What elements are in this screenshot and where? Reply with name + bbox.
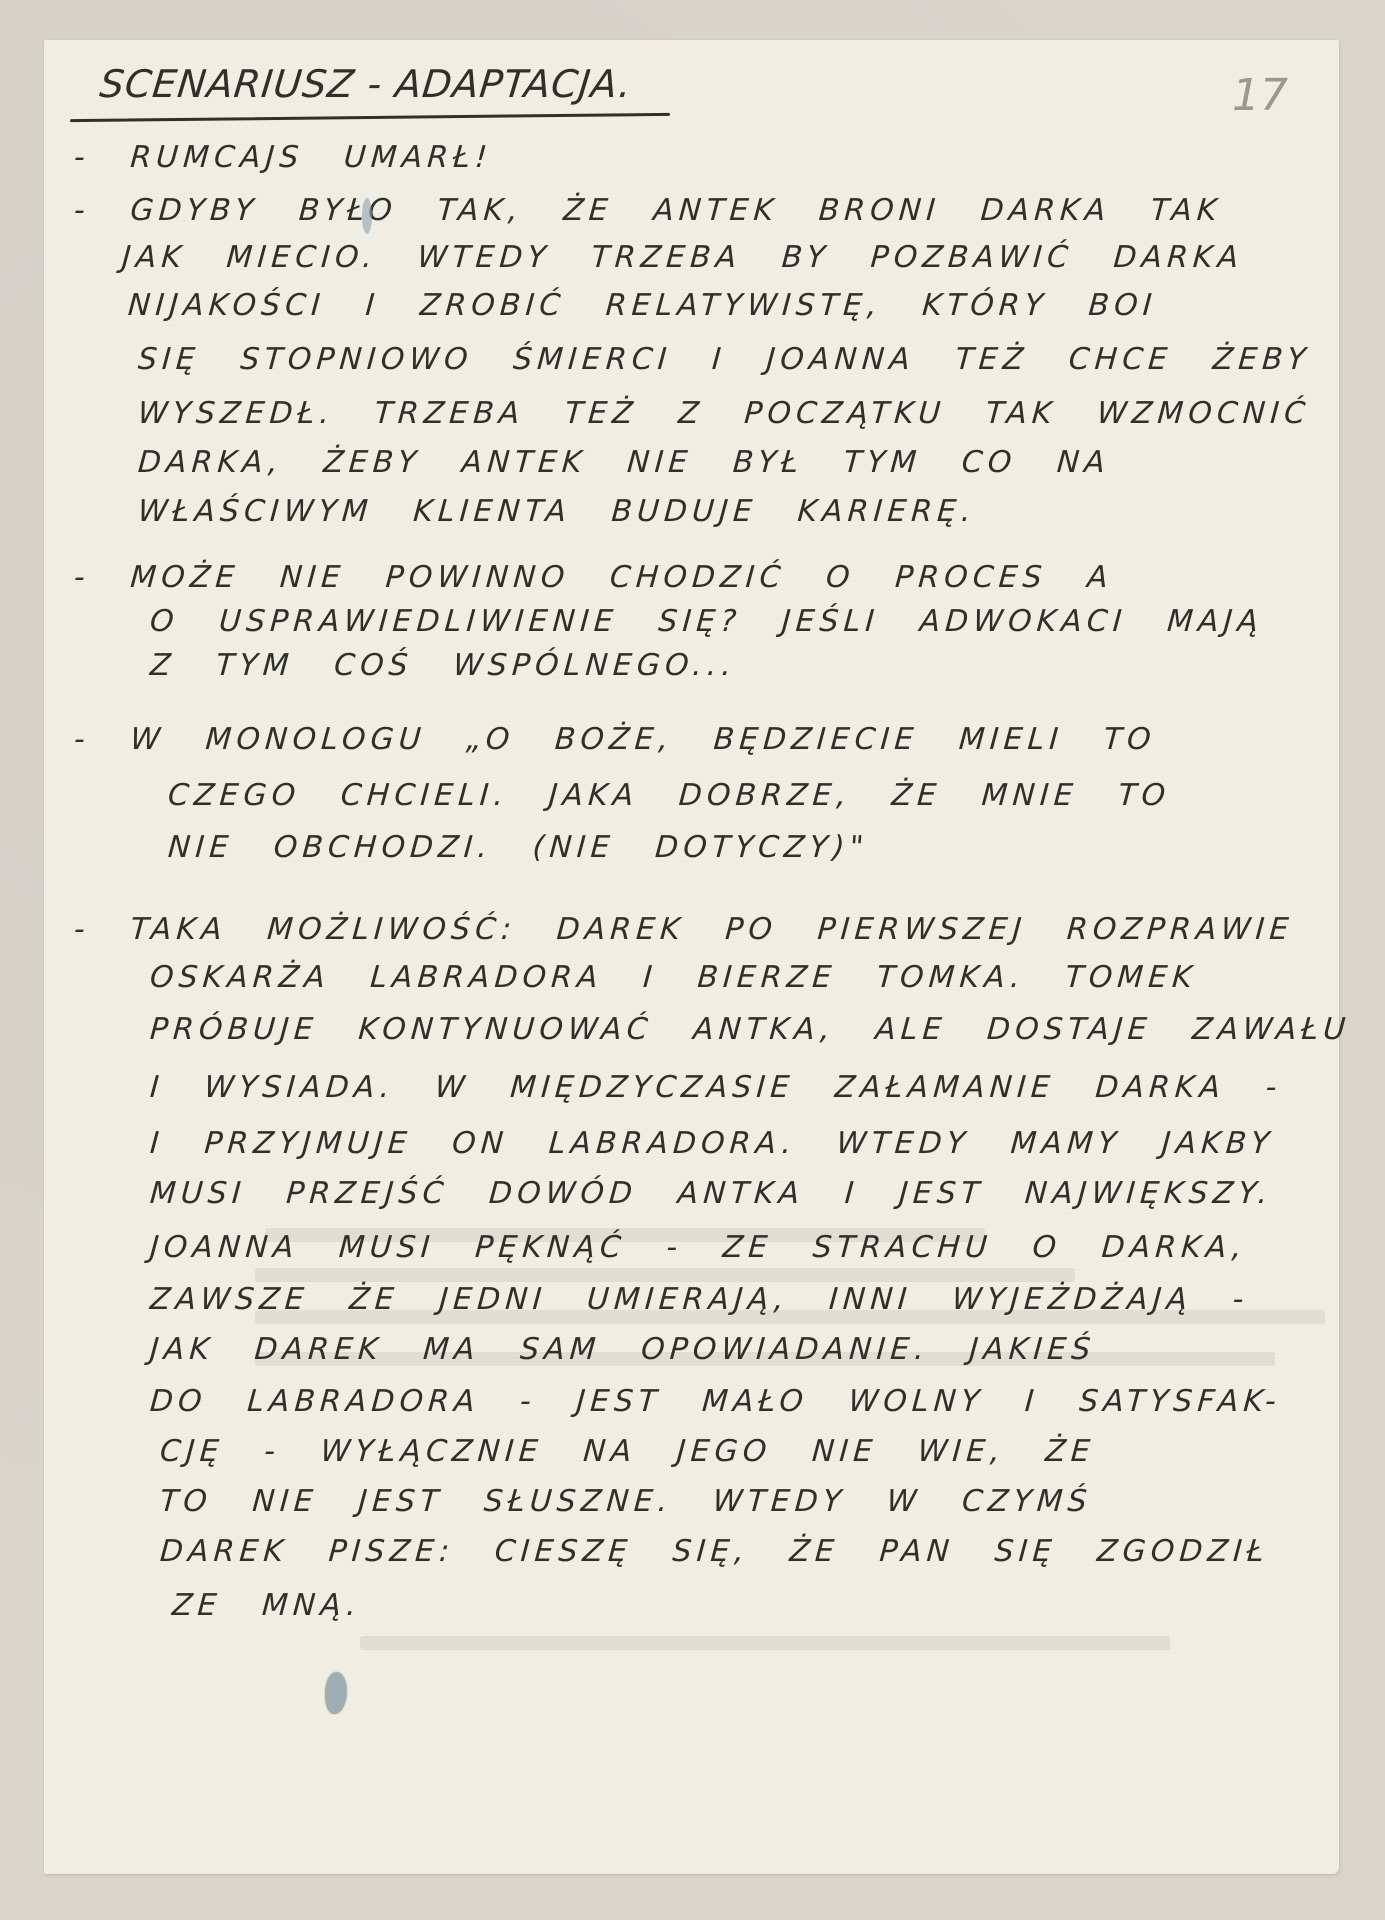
manuscript-line: TO NIE JEST SŁUSZNE. WTEDY W CZYMŚ (159, 1484, 1093, 1519)
bleed-through-line (255, 1268, 1075, 1282)
manuscript-line: Z TYM COŚ WSPÓLNEGO... (149, 648, 738, 683)
ink-stain (362, 198, 372, 234)
manuscript-line: JAK DAREK MA SAM OPOWIADANIE. JAKIEŚ (149, 1332, 1097, 1367)
manuscript-line: ZE MNĄ. (171, 1588, 362, 1623)
manuscript-line: CZEGO CHCIELI. JAKA DOBRZE, ŻE MNIE TO (167, 778, 1172, 813)
page-number: 17 (1232, 70, 1288, 121)
manuscript-line: JAK MIECIO. WTEDY TRZEBA BY POZBAWIĆ DAR… (121, 240, 1245, 275)
manuscript-line: MUSI PRZEJŚĆ DOWÓD ANTKA I JEST NAJWIĘKS… (149, 1176, 1274, 1211)
manuscript-line: I PRZYJMUJE ON LABRADORA. WTEDY MAMY JAK… (149, 1126, 1276, 1161)
manuscript-line: ZAWSZE ŻE JEDNI UMIERAJĄ, INNI WYJEŻDŻAJ… (149, 1282, 1250, 1317)
manuscript-line: PRÓBUJE KONTYNUOWAĆ ANTKA, ALE DOSTAJE Z… (149, 1012, 1352, 1047)
manuscript-line: NIJAKOŚCI I ZROBIĆ RELATYWISTĘ, KTÓRY BO… (127, 288, 1158, 323)
manuscript-line: DAREK PISZE: CIESZĘ SIĘ, ŻE PAN SIĘ ZGOD… (159, 1534, 1270, 1569)
bleed-through-line (360, 1636, 1170, 1650)
manuscript-line: - MOŻE NIE POWINNO CHODZIĆ O PROCES A (73, 560, 1114, 595)
manuscript-line: OSKARŻA LABRADORA I BIERZE TOMKA. TOMEK (149, 960, 1198, 995)
manuscript-line: DO LABRADORA - JEST MAŁO WOLNY I SATYSFA… (149, 1384, 1282, 1419)
manuscript-line: - GDYBY BYŁO TAK, ŻE ANTEK BRONI DARKA T… (73, 193, 1223, 228)
manuscript-line: - W MONOLOGU „O BOŻE, BĘDZIECIE MIELI TO (73, 722, 1157, 757)
manuscript-line: - TAKA MOŻLIWOŚĆ: DAREK PO PIERWSZEJ ROZ… (73, 912, 1295, 947)
manuscript-line: WYSZEDŁ. TRZEBA TEŻ Z POCZĄTKU TAK WZMOC… (137, 396, 1312, 431)
manuscript-line: JOANNA MUSI PĘKNĄĆ - ZE STRACHU O DARKA, (149, 1230, 1248, 1265)
page-title: SCENARIUSZ - ADAPTACJA. (98, 62, 635, 106)
manuscript-line: O USPRAWIEDLIWIENIE SIĘ? JEŚLI ADWOKACI … (149, 604, 1264, 639)
manuscript-line: - RUMCAJS UMARŁ! (73, 140, 493, 175)
manuscript-line: NIE OBCHODZI. (NIE DOTYCZY)" (167, 830, 870, 865)
manuscript-line: CJĘ - WYŁĄCZNIE NA JEGO NIE WIE, ŻE (159, 1434, 1096, 1469)
manuscript-line: I WYSIADA. W MIĘDZYCZASIE ZAŁAMANIE DARK… (149, 1070, 1283, 1105)
manuscript-line: WŁAŚCIWYM KLIENTA BUDUJE KARIERĘ. (137, 494, 977, 529)
manuscript-line: DARKA, ŻEBY ANTEK NIE BYŁ TYM CO NA (137, 445, 1111, 480)
manuscript-line: SIĘ STOPNIOWO ŚMIERCI I JOANNA TEŻ CHCE … (137, 342, 1312, 377)
